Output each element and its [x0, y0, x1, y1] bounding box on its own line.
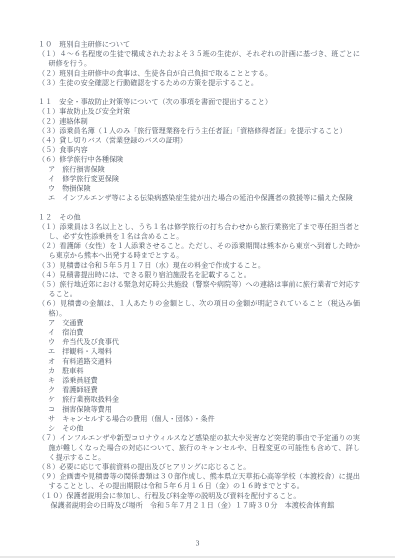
clause-item: （３）生徒の安全確認と行動確認をするための方策を提示すること。 [38, 78, 360, 88]
document-viewport: １０ 班別自主研修について（１）４～６名程度の生徒で構成されたおよそ３５班の生徒… [0, 0, 395, 560]
clause-item: ケ 旅行業務取扱料金 [48, 395, 360, 405]
clause-item: （１）事故防止及び安全対策 [38, 107, 360, 117]
document-section: １２ その他（１）添乗員は３名以上とし、うち１名は修学旅行の打ち合わせから旅行業… [38, 213, 360, 511]
clause-item: （８）必要に応じて事前資料の提出及びヒアリングに応じること。 [38, 462, 360, 472]
clause-item: （６）見積書の金額は、１人あたりの金額とし、次の項目の金額が明記されていること（… [38, 299, 360, 318]
clause-item: （５）食事内容 [38, 146, 360, 156]
clause-item: （２）連絡体制 [38, 117, 360, 127]
page-number: 3 [0, 539, 395, 549]
clause-item: ウ 物損保険 [48, 184, 360, 194]
document-page: １０ 班別自主研修について（１）４～６名程度の生徒で構成されたおよそ３５班の生徒… [0, 0, 395, 560]
clause-item: イ 宿泊費 [48, 328, 360, 338]
section-heading: １１ 安全・事故防止対策等について（次の事項を書面で提出すること） [38, 98, 360, 108]
clause-item: キ 添乗員経費 [48, 376, 360, 386]
clause-item: サ キャンセルする場合の費用（個人・団体）・条件 [48, 414, 360, 424]
clause-item: （２）班別自主研修中の食事は、生徒各自が自己負担で取ることとする。 [38, 69, 360, 79]
clause-item: （７）インフルエンザや新型コロナウィルスなど感染症の拡大や災害など突発的事由で予… [38, 434, 360, 463]
clause-item: コ 損害保険等費用 [48, 405, 360, 415]
clause-item: （３）添乗員名簿（１人のみ「旅行管理業務を行う主任者証」「資格修得者証」を提示す… [38, 126, 360, 136]
section-heading: １２ その他 [38, 213, 360, 223]
clause-item: （１０）保護者説明会に参加し、行程及び料金等の説明及び資料を配付すること。 [38, 491, 360, 501]
clause-item: ク 看護師経費 [48, 386, 360, 396]
clause-item: イ 修学旅行変更保険 [48, 174, 360, 184]
clause-item: （１）添乗員は３名以上とし、うち１名は修学旅行の打ち合わせから旅行業務完了まで専… [38, 222, 360, 241]
clause-item: （３）見積書は令和５年５月１７日（水）現在の料金で作成すること。 [38, 261, 360, 271]
clause-item: ア 交通費 [48, 318, 360, 328]
clause-item: （１）４～６名程度の生徒で構成されたおよそ３５班の生徒が、それぞれの計画に基づき… [38, 50, 360, 69]
clause-item: シ その他 [48, 424, 360, 434]
clause-item: （２）看護師（女性）を１人添乗させること。ただし、その添乗期間は熊本から東京へ到… [38, 242, 360, 261]
document-section: １０ 班別自主研修について（１）４～６名程度の生徒で構成されたおよそ３５班の生徒… [38, 40, 360, 88]
clause-item: （９）企画書や見積書等の関係書類は３０部作成し、熊本県立天草拓心高等学校（本渡校… [38, 472, 360, 491]
clause-item: オ 有料道路交通料 [48, 357, 360, 367]
clause-item: エ インフルエンザ等による伝染病感染症生徒が出た場合の延泊や保護者の救援等に備え… [48, 194, 360, 204]
clause-item: （４）見積書提出時には、できる限り宿泊施設名を記載すること。 [38, 270, 360, 280]
clause-item: （４）貸し切りバス（営業登録のバスの証明） [38, 136, 360, 146]
clause-item: エ 拝観料・入場料 [48, 347, 360, 357]
clause-item: ウ 弁当代及び食事代 [48, 338, 360, 348]
page-bottom-edge [0, 557, 395, 558]
clause-item: カ 駐車料 [48, 366, 360, 376]
clause-item: 保護者説明会の日時及び場所 令和５年７月２１日（金）１７時３０分 本渡校舎体育館 [51, 501, 361, 511]
clause-item: （６）修学旅行中各種保険 [38, 155, 360, 165]
document-section: １１ 安全・事故防止対策等について（次の事項を書面で提出すること）（１）事故防止… [38, 98, 360, 204]
clause-item: ア 旅行損害保険 [48, 165, 360, 175]
section-heading: １０ 班別自主研修について [38, 40, 360, 50]
document-content: １０ 班別自主研修について（１）４～６名程度の生徒で構成されたおよそ３５班の生徒… [38, 40, 360, 510]
clause-item: （５）旅行地近郊における緊急対応時公共施設（警察や病院等）への連絡は事前に旅行業… [38, 280, 360, 299]
